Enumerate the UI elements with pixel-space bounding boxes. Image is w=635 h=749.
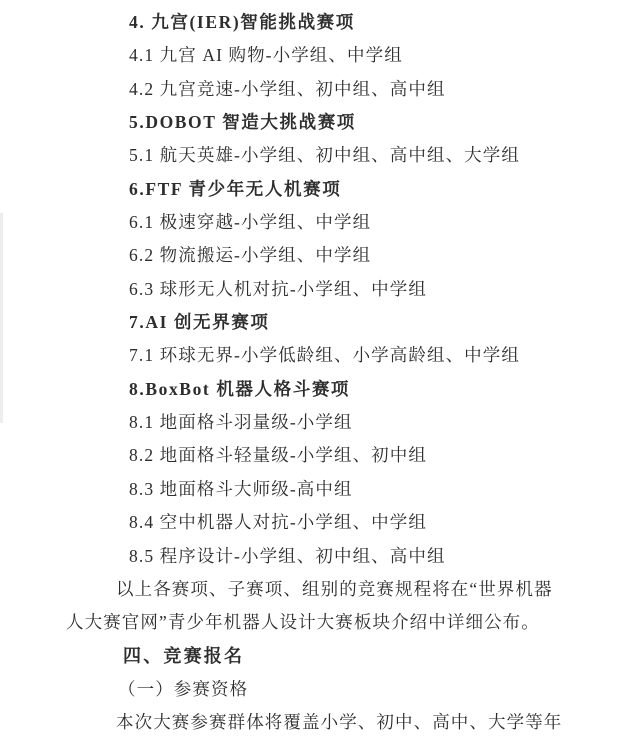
sub-item-6-3: 6.3 球形无人机对抗-小学组、中学组	[129, 273, 580, 306]
heading-item-5: 5.DOBOT 智造大挑战赛项	[129, 106, 580, 139]
scan-edge-artifact	[0, 213, 3, 423]
sub-item-7-1: 7.1 环球无界-小学低龄组、小学高龄组、中学组	[129, 339, 580, 372]
heading-item-8: 8.BoxBot 机器人格斗赛项	[129, 373, 580, 406]
paragraph-line-3: 本次大赛参赛群体将覆盖小学、初中、高中、大学等年	[116, 706, 580, 739]
heading-item-6: 6.FTF 青少年无人机赛项	[129, 173, 580, 206]
sub-item-8-5: 8.5 程序设计-小学组、初中组、高中组	[129, 540, 580, 573]
document-page: 4. 九宫(IER)智能挑战赛项 4.1 九宫 AI 购物-小学组、中学组 4.…	[0, 0, 635, 749]
sub-item-8-4: 8.4 空中机器人对抗-小学组、中学组	[129, 506, 580, 539]
sub-item-5-1: 5.1 航天英雄-小学组、初中组、高中组、大学组	[129, 139, 580, 172]
sub-section-heading: （一）参赛资格	[118, 673, 580, 706]
heading-item-4: 4. 九宫(IER)智能挑战赛项	[129, 6, 580, 39]
sub-item-4-1: 4.1 九宫 AI 购物-小学组、中学组	[129, 39, 580, 72]
sub-item-8-3: 8.3 地面格斗大师级-高中组	[129, 473, 580, 506]
paragraph-line-2: 人大赛官网”青少年机器人设计大赛板块介绍中详细公布。	[66, 606, 580, 639]
sub-item-8-1: 8.1 地面格斗羽量级-小学组	[129, 406, 580, 439]
sub-item-8-2: 8.2 地面格斗轻量级-小学组、初中组	[129, 439, 580, 472]
paragraph-line-1: 以上各赛项、子赛项、组别的竞赛规程将在“世界机器	[116, 573, 580, 606]
heading-item-7: 7.AI 创无界赛项	[129, 306, 580, 339]
sub-item-6-1: 6.1 极速穿越-小学组、中学组	[129, 206, 580, 239]
sub-item-4-2: 4.2 九宫竞速-小学组、初中组、高中组	[129, 73, 580, 106]
section-heading-4: 四、竞赛报名	[123, 640, 580, 673]
sub-item-6-2: 6.2 物流搬运-小学组、中学组	[129, 239, 580, 272]
